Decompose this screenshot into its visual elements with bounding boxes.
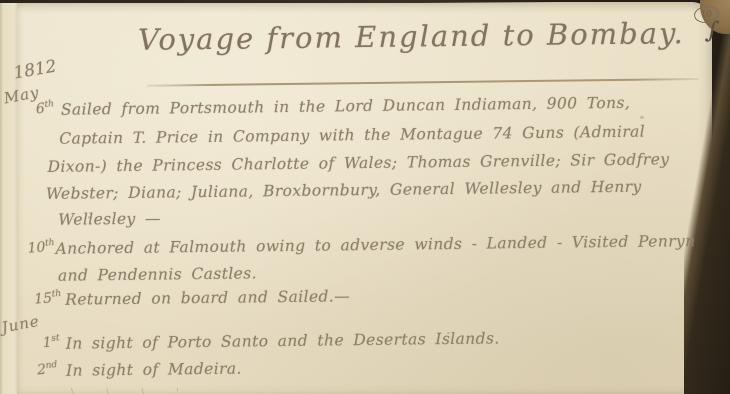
- journal-line: Captain T. Price in Company with the Mon…: [59, 123, 645, 148]
- day-suffix: th: [44, 99, 54, 110]
- day-suffix: th: [51, 289, 61, 300]
- page-title: Voyage from England to Bombay.: [138, 16, 658, 56]
- manuscript-scan: 10 ∫ Voyage from England to Bombay. 1812…: [0, 0, 730, 394]
- journal-line: Sailed from Portsmouth in the Lord Dunca…: [61, 94, 630, 119]
- day-suffix: st: [51, 333, 60, 344]
- day-suffix: nd: [45, 360, 57, 371]
- margin-year: 1812: [12, 57, 58, 84]
- journal-line: Webster; Diana; Juliana, Broxbornbury, G…: [46, 178, 642, 203]
- journal-line: Returned on board and Sailed.—: [65, 287, 350, 308]
- day-number: 10: [27, 239, 46, 256]
- journal-line: Wellesley —: [58, 210, 161, 229]
- entry-day: 10th: [27, 238, 56, 257]
- entry-day: 2nd: [36, 360, 58, 378]
- day-number: 15: [34, 290, 53, 307]
- journal-line: Dixon-) the Princess Charlotte of Wales;…: [47, 150, 669, 176]
- margin-month-june: June: [0, 312, 41, 337]
- journal-line: and Pendennis Castles.: [58, 264, 257, 284]
- entry-day: 15th: [34, 289, 63, 308]
- journal-line: In sight of Porto Santo and the Desertas…: [66, 329, 500, 352]
- journal-line: Anchored at Falmouth owing to adverse wi…: [55, 232, 695, 258]
- entry-day: 1st: [42, 333, 60, 351]
- day-suffix: th: [45, 238, 55, 249]
- handwriting-layer: Voyage from England to Bombay. 1812 May …: [0, 0, 730, 394]
- journal-line: In sight of Madeira.: [66, 360, 242, 380]
- entry-day: 6th: [35, 99, 55, 117]
- title-underline-rule: [147, 78, 699, 87]
